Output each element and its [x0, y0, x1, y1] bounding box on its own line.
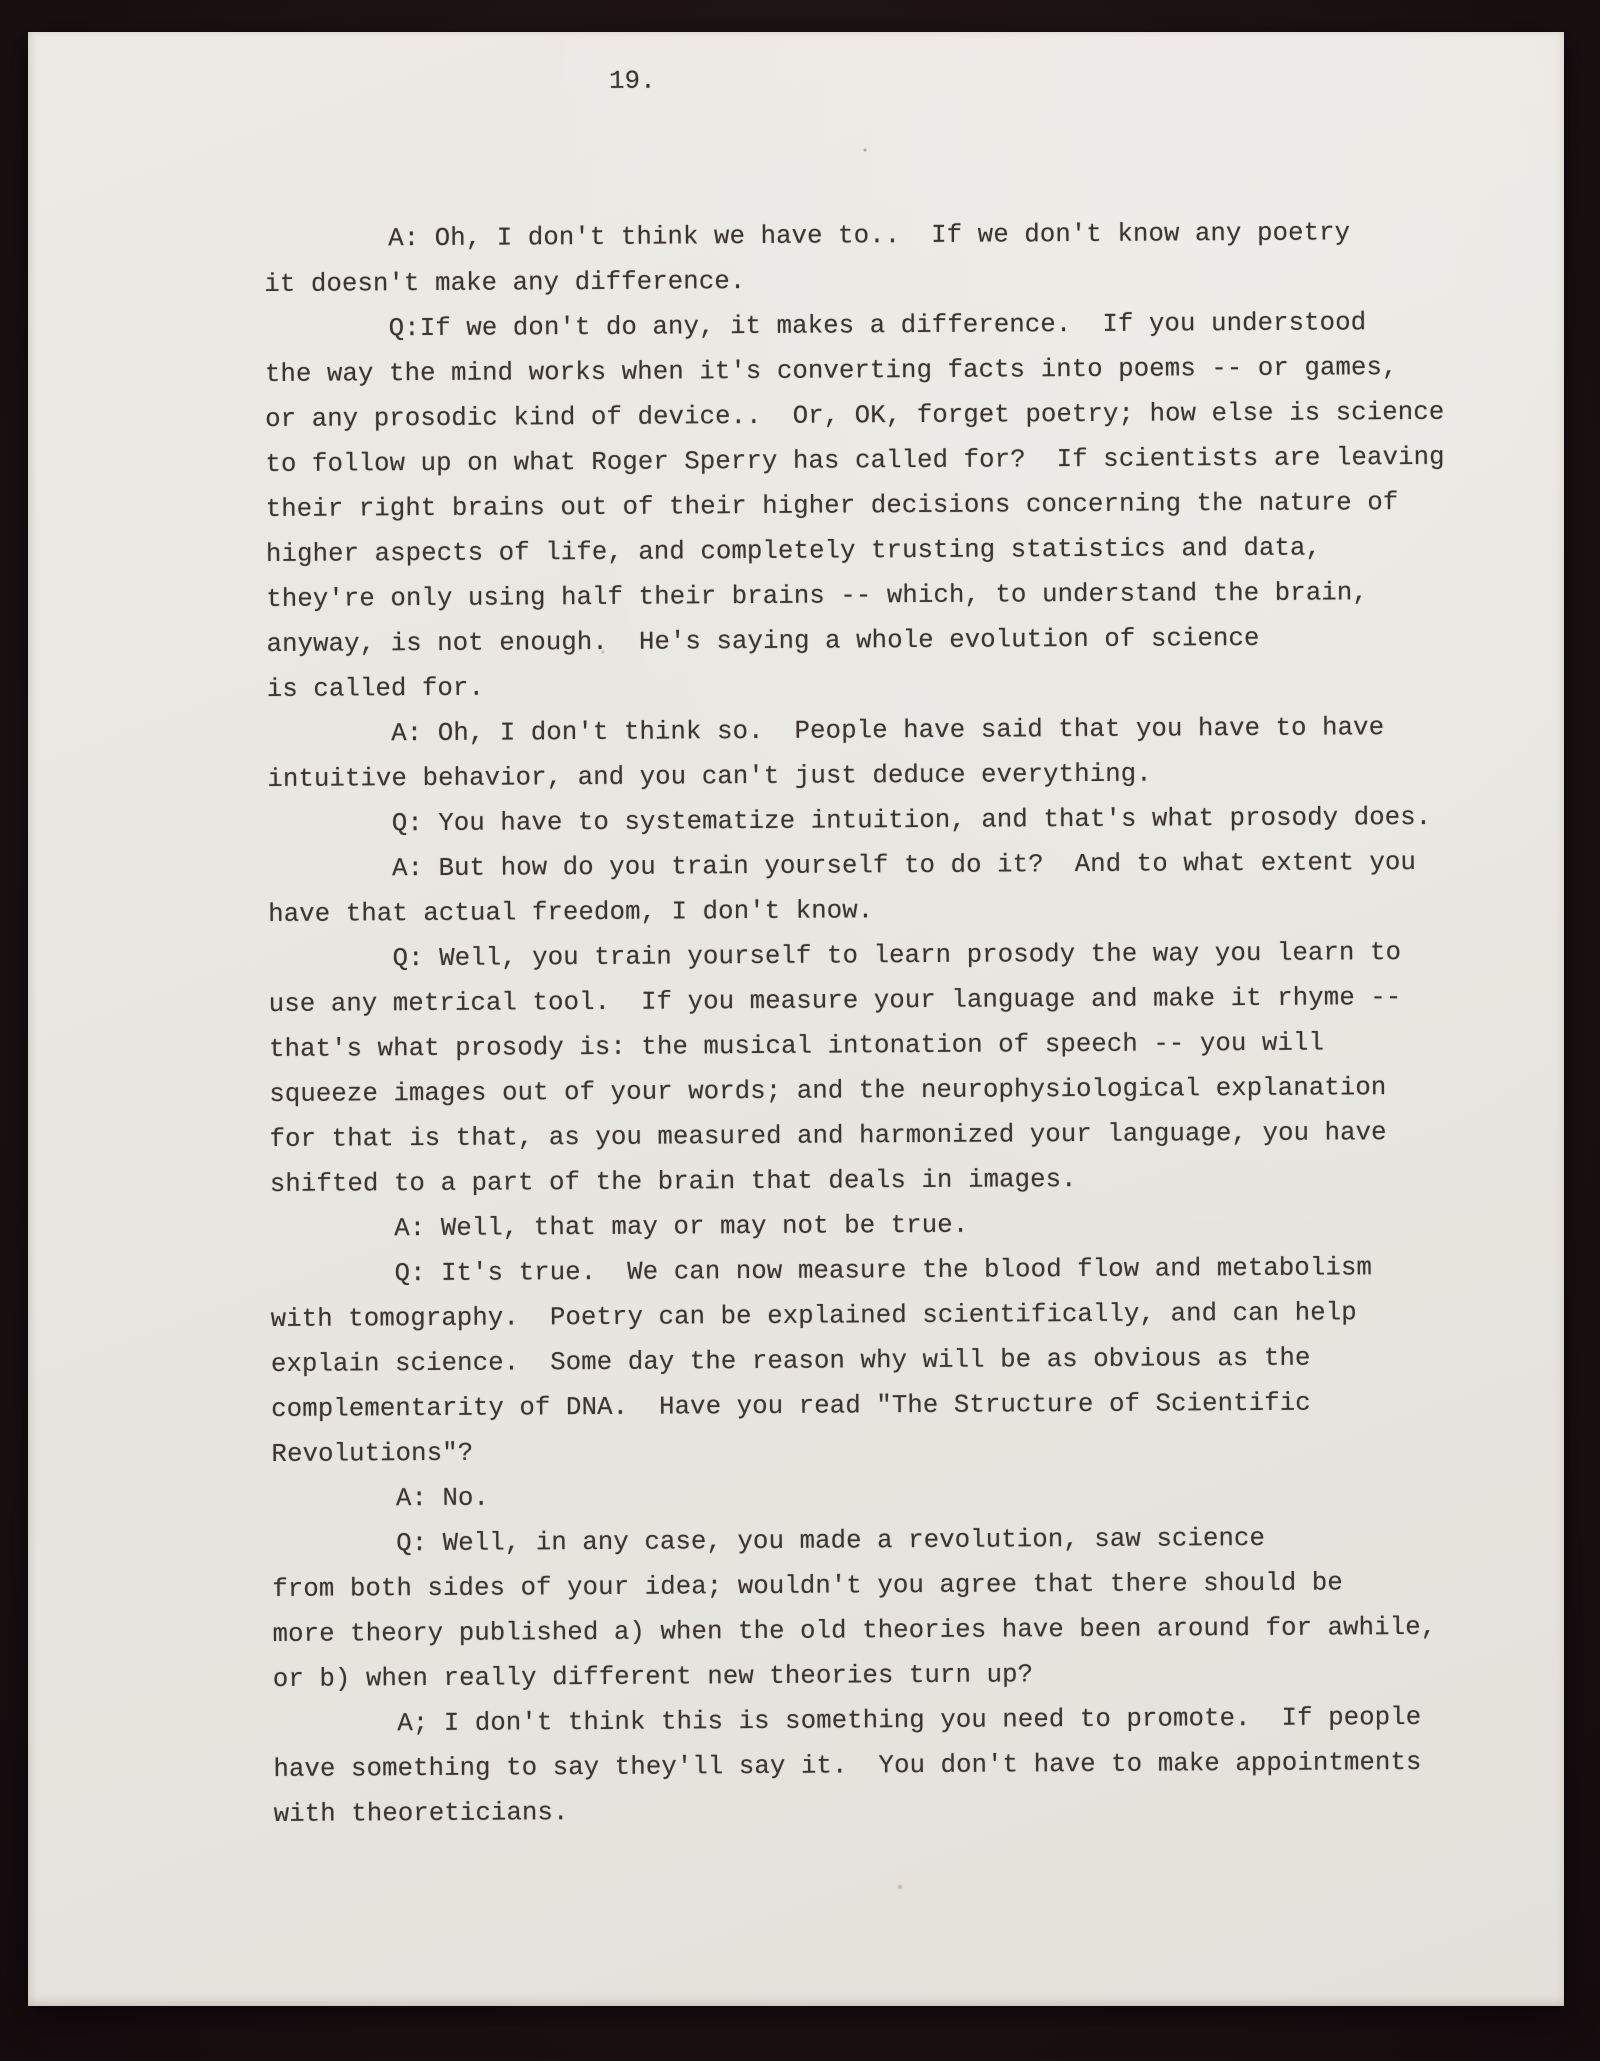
dialogue-paragraph-a4: A: Well, that may or may not be true. [270, 1199, 1570, 1252]
dialogue-paragraph-q3: Q: Well, you train yourself to learn pro… [268, 929, 1570, 1207]
dialogue-paragraph-a5: A: No. [272, 1469, 1572, 1522]
dialogue-paragraph-q5: Q: Well, in any case, you made a revolut… [272, 1514, 1573, 1702]
dialogue-paragraph-a1: A: Oh, I don't think we have to.. If we … [264, 209, 1565, 307]
typed-content: 19. A: Oh, I don't think we have to.. If… [263, 53, 1574, 1837]
dialogue-paragraph-q1: Q:If we don't do any, it makes a differe… [265, 299, 1567, 712]
dialogue-paragraph-a6: A; I don't think this is something you n… [273, 1694, 1574, 1837]
dialogue-paragraph-q4: Q: It's true. We can now measure the blo… [270, 1244, 1571, 1477]
dialogue-paragraph-q2: Q: You have to systematize intuition, an… [268, 794, 1568, 847]
dialogue-paragraph-a3: A: But how do you train yourself to do i… [268, 839, 1569, 937]
dialogue-paragraph-a2: A: Oh, I don't think so. People have sai… [267, 704, 1568, 802]
document-page: 19. A: Oh, I don't think we have to.. If… [28, 32, 1564, 2006]
page-number: 19. [609, 53, 1563, 104]
document-body: A: Oh, I don't think we have to.. If we … [264, 209, 1574, 1837]
